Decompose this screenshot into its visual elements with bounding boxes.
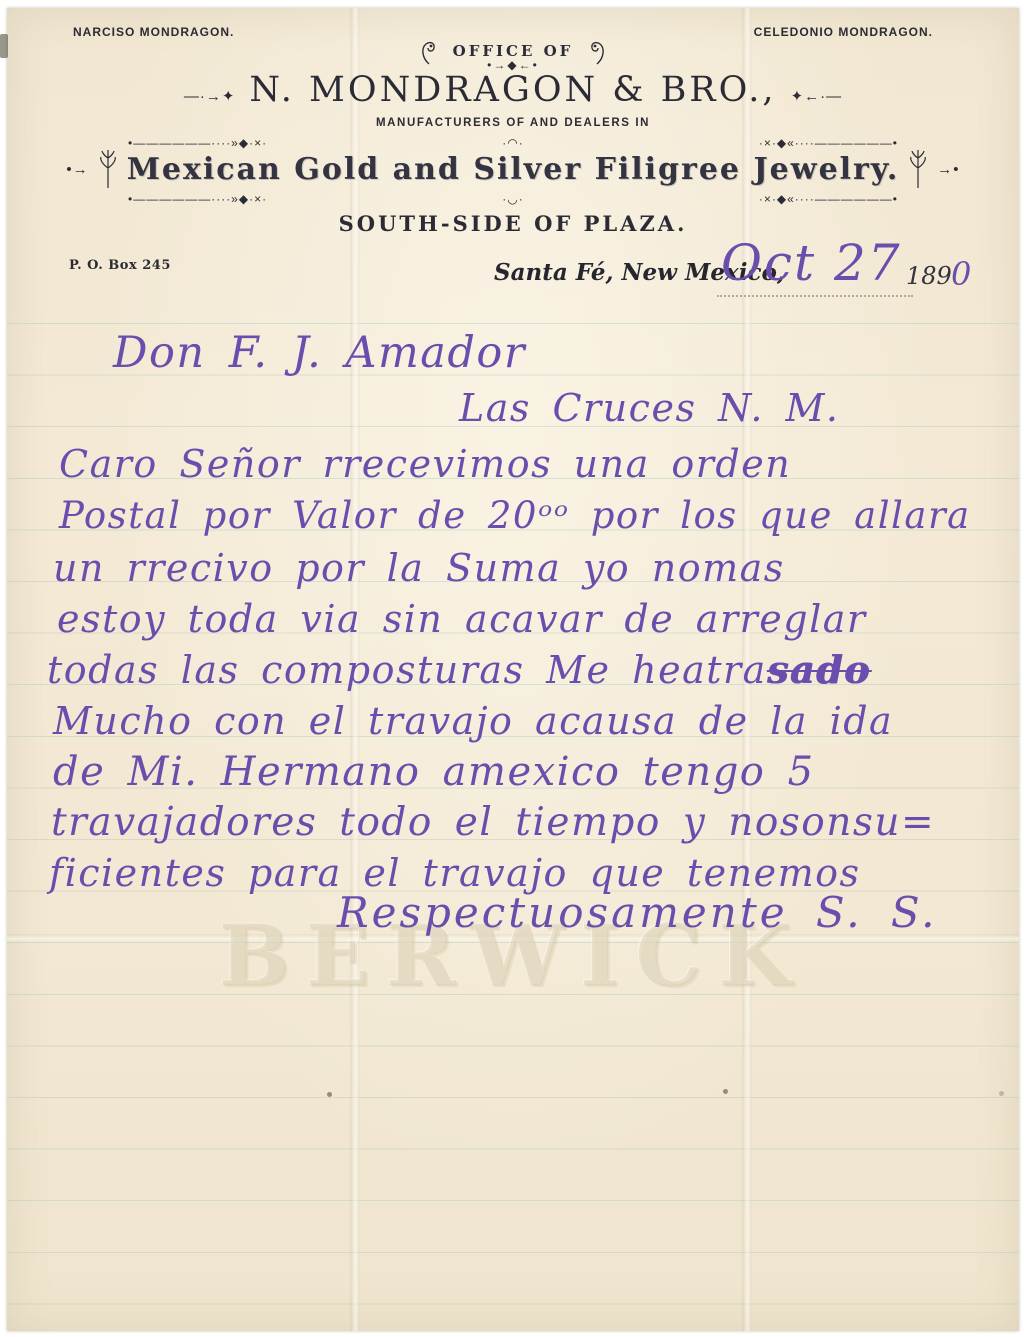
year-printed: 189 [906,262,952,290]
company-name: N. MONDRAGON & BRO., [249,70,776,110]
company-tagline: MANUFACTURERS OF AND DEALERS IN [7,117,1019,129]
handwritten-line: un rrecivo por la Suma yo nomas [53,549,785,587]
handwritten-line: Postal por Valor de 20ᵒᵒ por los que all… [59,497,971,534]
paper-speck [723,1089,728,1094]
handwritten-line: ficientes para el travajo que tenemos [49,854,861,892]
edge-ornament-left: •→ [66,161,88,178]
ornament-band-bottom-right: ·×·◆«····――――――• [759,192,898,206]
year-digit-handwritten: 0 [951,255,971,293]
letter-paper: BERWICK NARCISO MONDRAGON. CELEDONIO MON… [7,8,1019,1331]
company-ornament-left: —·→✦ [184,87,236,105]
fleuron-left-icon [99,148,117,190]
handwritten-line: Caro Señor rrecevimos una orden [59,445,791,483]
handwritten-line-closing: Respectuosamente S. S. [337,892,938,934]
company-ornament-right: ✦←·— [791,87,843,105]
handwritten-line: travajadores todo el tiempo y nosonsu= [51,803,935,842]
company-name-row: —·→✦ N. MONDRAGON & BRO., ✦←·— [7,70,1019,110]
paper-speck [327,1092,332,1097]
handwritten-line-with-correction: todas las composturas Me heatrasado [47,651,871,689]
handwritten-line: Mucho con el travajo acausa de la ida [53,702,893,740]
fleuron-right-icon [909,148,927,190]
date-dotted-line [717,295,913,297]
ornament-band-bottom-left: •――――――····»◆·×· [128,192,267,206]
address-line: SOUTH-SIDE OF PLAZA. [7,211,1019,236]
paper-speck [999,1091,1004,1096]
scanned-letter-page: BERWICK NARCISO MONDRAGON. CELEDONIO MON… [0,0,1024,1337]
ornament-band-bottom: •――――――····»◆·×· ·◡· ·×·◆«····――――――• [128,192,898,206]
handwritten-line-place: Las Cruces N. M. [459,389,840,427]
edge-ornament-right: →• [937,161,959,178]
po-box-label: P. O. Box 245 [69,258,171,273]
date-handwritten: Oct 27 [721,234,902,292]
ornament-band-bottom-center: ·◡· [502,192,523,206]
product-line-text: Mexican Gold and Silver Filigree Jewelry… [127,152,900,187]
handwritten-line-recipient: Don F. J. Amador [113,332,526,375]
scan-edge-mark [0,34,8,58]
product-line-row: •→ Mexican Gold and Silver Filigree Jewe… [7,148,1019,190]
handwritten-line: estoy toda via sin acavar de arreglar [57,600,867,638]
handwritten-line: de Mi. Hermano amexico tengo 5 [53,752,815,792]
